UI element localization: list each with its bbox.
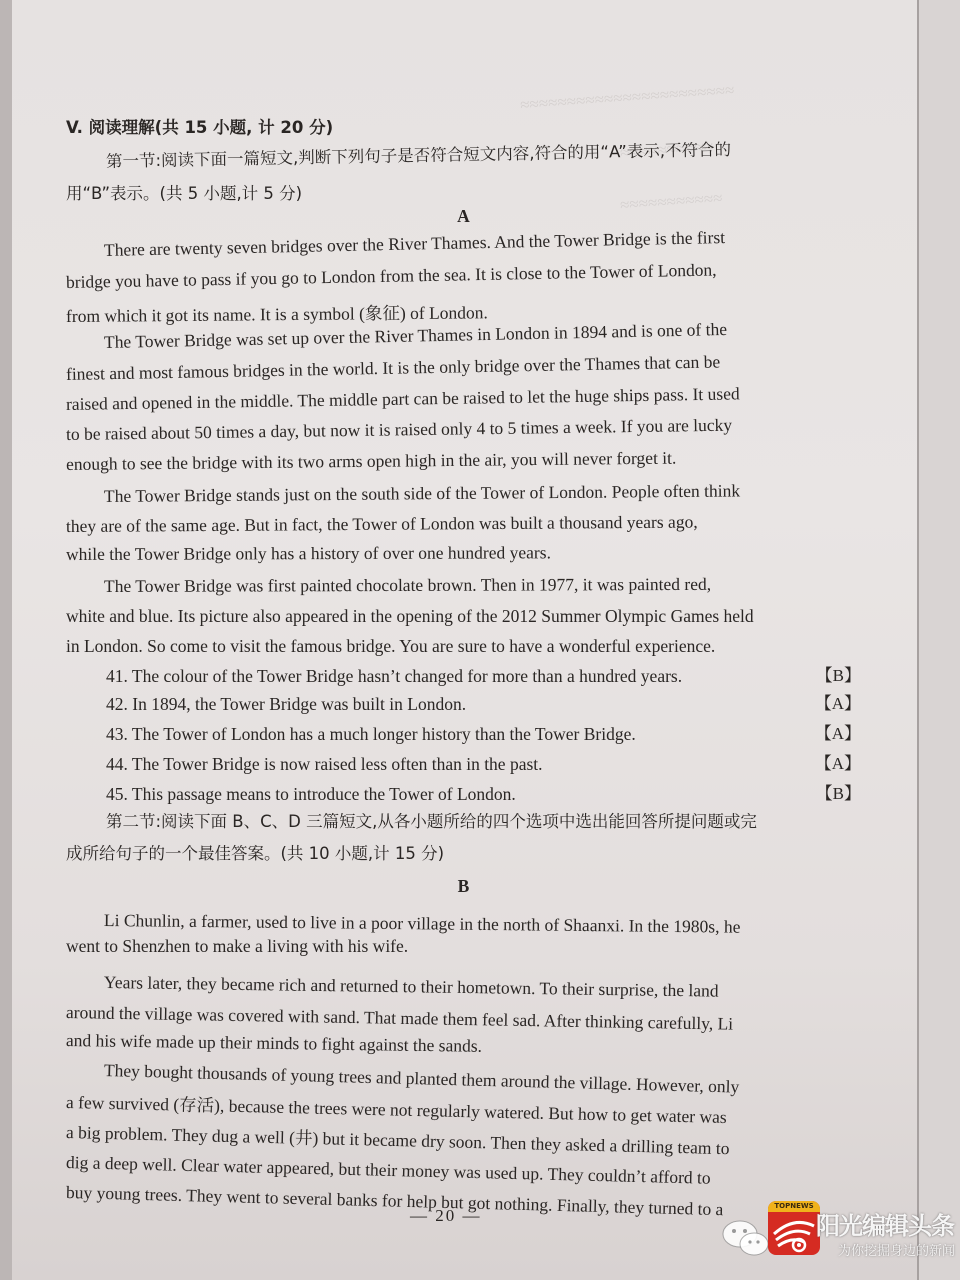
part2-instructions-line1: 第二节:阅读下面 B、C、D 三篇短文,从各小题所给的四个选项中选出能回答所提问…	[106, 812, 757, 832]
question-text: 43. The Tower of London has a much longe…	[106, 724, 636, 744]
passage-b-line: went to Shenzhen to make a living with h…	[66, 936, 408, 956]
passage-b-label: B	[66, 876, 861, 896]
logo-band-text: TOPNEWS	[768, 1201, 820, 1212]
topnews-logo-icon: TOPNEWS	[768, 1201, 820, 1255]
desk-background	[0, 0, 12, 1280]
question-43: 43. The Tower of London has a much longe…	[106, 724, 861, 744]
passage-a-line: in London. So come to visit the famous b…	[66, 636, 715, 656]
passage-a-line: white and blue. Its picture also appeare…	[66, 606, 754, 626]
part2-instructions-line2: 成所给句子的一个最佳答案。(共 10 小题,计 15 分)	[66, 844, 444, 864]
question-45: 45. This passage means to introduce the …	[106, 784, 861, 804]
answer-bracket: 【A】	[815, 694, 861, 714]
section-heading: V. 阅读理解(共 15 小题, 计 20 分)	[66, 118, 333, 138]
question-text: 45. This passage means to introduce the …	[106, 784, 516, 804]
page-number: — 20 —	[410, 1206, 482, 1226]
watermark-tagline: 为你挖掘身边的新闻	[838, 1240, 955, 1259]
question-text: 41. The colour of the Tower Bridge hasn’…	[106, 666, 682, 686]
answer-bracket: 【A】	[815, 754, 861, 774]
question-text: 42. In 1894, the Tower Bridge was built …	[106, 694, 466, 714]
answer-bracket: 【B】	[816, 666, 861, 686]
passage-a-label: A	[66, 206, 861, 226]
wechat-icon	[720, 1218, 772, 1258]
question-41: 41. The colour of the Tower Bridge hasn’…	[106, 666, 861, 686]
answer-bracket: 【B】	[816, 784, 861, 804]
passage-a-line: The Tower Bridge was first painted choco…	[104, 574, 711, 596]
part1-instructions-line2: 用“B”表示。(共 5 小题,计 5 分)	[66, 184, 302, 204]
question-42: 42. In 1894, the Tower Bridge was built …	[106, 694, 861, 714]
passage-a-line: from which it got its name. It is a symb…	[66, 302, 488, 326]
watermark: TOPNEWS 阳光编辑头条 为你挖掘身边的新闻	[768, 1188, 960, 1280]
underlying-page	[919, 0, 960, 1280]
watermark-title: 阳光编辑头条	[816, 1206, 954, 1241]
question-text: 44. The Tower Bridge is now raised less …	[106, 754, 543, 774]
question-44: 44. The Tower Bridge is now raised less …	[106, 754, 861, 774]
answer-bracket: 【A】	[815, 724, 861, 744]
passage-a-line: while the Tower Bridge only has a histor…	[66, 542, 551, 564]
